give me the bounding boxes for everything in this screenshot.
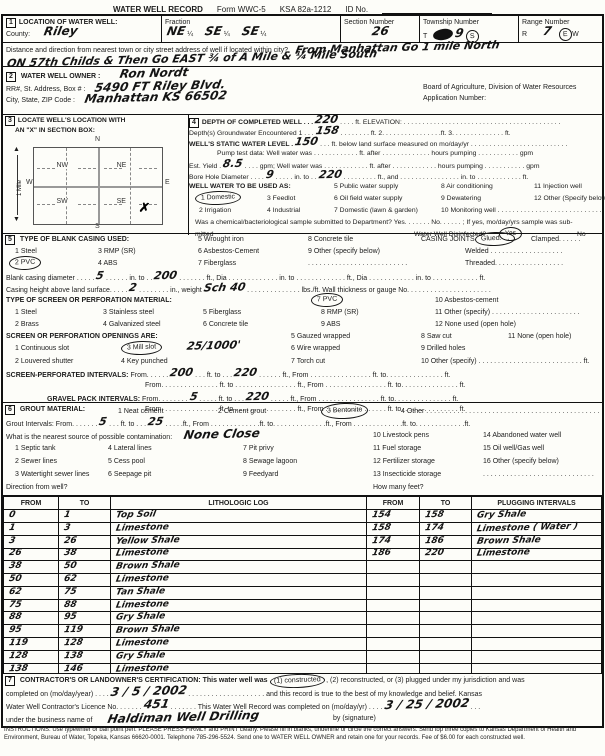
openings-torch-cut: 7 Torch cut xyxy=(291,356,325,367)
grout-to-value: 25 xyxy=(147,416,164,427)
screen-galvanized: 4 Galvanized steel xyxy=(103,319,161,330)
use-industrial: 4 Industrial xyxy=(267,205,300,216)
static-level-label: WELL'S STATIC WATER LEVEL . xyxy=(189,141,293,148)
log-to: 95 xyxy=(63,612,77,622)
spi-from-dots: From. . . . . . xyxy=(130,372,168,379)
log-to: 38 xyxy=(63,548,77,558)
screen-rmp: 8 RMP (SR) xyxy=(321,307,359,318)
gpi-end-dots: . . . . . ft., From . . . . . . . . . . … xyxy=(271,396,458,403)
log-lith: Yellow Shale xyxy=(115,535,181,547)
board-of-agriculture-text: Board of Agriculture, Division of Water … xyxy=(423,82,576,93)
log-header-from: FROM xyxy=(4,497,59,510)
range-e-circled: E xyxy=(559,28,572,41)
log-header-row: FROM TO LITHOLOGIC LOG FROM TO PLUGGING … xyxy=(4,497,602,510)
casing-title: TYPE OF BLANK CASING USED: xyxy=(20,236,129,243)
contam-septic-tank: 1 Septic tank xyxy=(15,443,55,454)
screen-concrete-tile: 6 Concrete tile xyxy=(203,319,248,330)
well-location-x-mark: ✗ xyxy=(138,199,151,216)
sw-dash-right xyxy=(78,204,96,205)
log-lith: Limestone xyxy=(115,637,170,648)
use-injection-well: 11 Injection well xyxy=(534,181,582,192)
section-5-number: 5 xyxy=(5,235,15,245)
log-header-to-2: TO xyxy=(420,497,472,510)
log-to: 119 xyxy=(63,625,84,635)
log-header-to: TO xyxy=(59,497,111,510)
openings-mill-slot-circled: 3 Mill slot xyxy=(121,340,163,355)
contam-fertilizer-storage: 12 Fertilizer storage xyxy=(373,456,435,467)
ne-dash-right xyxy=(139,168,157,169)
gpi-from-dots: From. . . . . . . . xyxy=(142,396,188,403)
instructions-line-1: INSTRUCTIONS: Use typewriter or ball poi… xyxy=(4,726,601,734)
id-label: ID No. xyxy=(345,5,368,14)
lithologic-log-section: FROM TO LITHOLOGIC LOG FROM TO PLUGGING … xyxy=(3,496,602,674)
log-from: 119 xyxy=(8,638,29,648)
contam-other: 16 Other (specify below) xyxy=(483,456,559,467)
business-name-value: Haldiman Well Drilling xyxy=(107,710,261,725)
log-lith: Tan Shale xyxy=(115,586,166,597)
use-other: 12 Other (Specify below) xyxy=(534,193,605,204)
use-oil-field: 6 Oil field water supply xyxy=(334,193,402,204)
application-number-label: Application Number: xyxy=(423,93,486,104)
quadrant-sw-label: SW xyxy=(54,198,69,205)
joints-clamped: Clamped. . . . . . xyxy=(531,234,580,245)
groundwater-dots: . . . . . . . . ft. 2. . . . . . . . . .… xyxy=(341,130,511,137)
est-yield-value: 8.5 xyxy=(222,158,244,170)
openings-none: 11 None (open hole) xyxy=(508,331,571,342)
screen-steel: 1 Steel xyxy=(15,307,37,318)
log-lith: Limestone xyxy=(115,599,170,610)
log-row: 6275Tan Shale xyxy=(4,586,602,599)
spi-empty-row: From. . . . . . . . . . . . . . . ft. to… xyxy=(145,382,466,389)
use-irrigation: 2 Irrigation xyxy=(199,205,231,216)
contamination-value: None Close xyxy=(183,428,261,441)
quarter-symbol-1: ¼ xyxy=(187,31,193,38)
log-header-plugging: PLUGGING INTERVALS xyxy=(472,497,602,510)
screen-asbestos-cement: 10 Asbestos-cement xyxy=(435,295,498,306)
form-body: 1LOCATION OF WATER WELL: County:Riley Fr… xyxy=(1,14,604,728)
contam-livestock-pens: 10 Livestock pens xyxy=(373,430,429,441)
section-4-depth-panel: 4DEPTH OF COMPLETED WELL . . .220. . . .… xyxy=(189,115,602,233)
use-monitoring-well: 10 Monitoring well . . . . . . . . . . .… xyxy=(441,205,602,216)
licence-label: Water Well Contractor's Licence No. . . … xyxy=(6,704,142,711)
use-dewatering: 9 Dewatering xyxy=(441,193,481,204)
static-level-dots: . . . ft. below land surface measured on… xyxy=(320,141,567,148)
contam-watertight-sewer: 3 Watertight sewer lines xyxy=(15,469,89,480)
openings-gauzed: 5 Gauzed wrapped xyxy=(291,331,350,342)
openings-wire-wrapped: 6 Wire wrapped xyxy=(291,343,340,354)
compass-n-label: N xyxy=(93,136,102,143)
log-lith: Brown Shale xyxy=(115,560,181,572)
casing-fiberglass: 7 Fiberglass xyxy=(198,258,236,269)
log-to: 128 xyxy=(63,638,84,648)
certification-title: CONTRACTOR'S OR LANDOWNER'S CERTIFICATIO… xyxy=(20,677,268,684)
use-public-supply: 5 Public water supply xyxy=(334,181,398,192)
nw-dash-right xyxy=(78,168,96,169)
log-header-lithologic: LITHOLOGIC LOG xyxy=(111,497,367,510)
fraction-cell: Fraction NE¼ SE¼ SE¼ xyxy=(162,16,341,42)
grid-dashed-line-left xyxy=(66,148,67,224)
screen-brass: 2 Brass xyxy=(15,319,39,330)
quadrant-nw-label: NW xyxy=(54,162,70,169)
one-mile-scale: ▲ 1 Mile ▼ xyxy=(13,149,23,221)
contam-oil-gas-well: 15 Oil well/Gas well xyxy=(483,443,544,454)
grid-horizontal-center-line xyxy=(34,186,162,188)
address-label: RR#, St. Address, Box # : xyxy=(6,86,85,93)
log-to: 26 xyxy=(63,535,77,545)
location-header-row: 1LOCATION OF WATER WELL: County:Riley Fr… xyxy=(3,16,602,43)
log-to2: 186 xyxy=(424,535,445,545)
gpi-from-value: 5 xyxy=(189,391,199,402)
log-from: 26 xyxy=(8,548,22,558)
est-yield-dots: . . . . gpm; Well water was . . . . . . … xyxy=(245,163,540,170)
township-label: Township Number xyxy=(423,19,479,26)
log-lith: Brown Shale xyxy=(115,624,181,636)
locate-title-2: AN "X" IN SECTION BOX: xyxy=(15,127,95,134)
contam-seepage-pit: 6 Seepage pit xyxy=(108,469,151,480)
county-label: County: xyxy=(6,31,30,38)
section-2-number: 2 xyxy=(6,72,16,82)
contam-feedyard: 9 Feedyard xyxy=(243,469,278,480)
slot-size-value: 25/1000' xyxy=(186,339,242,351)
use-domestic-lawn: 7 Domestic (lawn & garden) xyxy=(334,205,418,216)
section-grid-box: NW NE SW SE ✗ xyxy=(33,147,163,225)
openings-saw-cut: 8 Saw cut xyxy=(421,331,452,342)
spi-end-dots: . . . . . . ft., From . . . . . . . . . … xyxy=(259,372,450,379)
log-lith: Gry Shale xyxy=(115,650,166,661)
log-to: 138 xyxy=(63,651,84,661)
log-row: 2638Limestone186220Limestone xyxy=(4,548,602,561)
log-to: 50 xyxy=(63,561,77,571)
log-row: 8895Gry Shale xyxy=(4,612,602,625)
use-feedlot: 3 Feedlot xyxy=(267,193,295,204)
use-label: WELL WATER TO BE USED AS: xyxy=(189,183,291,190)
log-lith: Limestone xyxy=(115,573,170,584)
static-level-value: 150 xyxy=(294,136,319,148)
screen-pvc-circled: 7 PVC xyxy=(311,293,344,308)
form-number: Form WWC-5 xyxy=(217,5,266,14)
grid-dashed-line-right xyxy=(130,148,131,224)
completed-on-label: completed on (mo/day/year) . . . . xyxy=(6,691,109,698)
casing-weight-label: . . . . . . . . in., weight xyxy=(139,287,202,294)
log-row: 13Limestone158174Limestone ( Water ) xyxy=(4,522,602,535)
form-title: WATER WELL RECORD xyxy=(113,5,203,14)
section-3-locate-box: 3LOCATE WELL'S LOCATION WITH AN "X" IN S… xyxy=(3,115,189,235)
casing-abs: 4 ABS xyxy=(98,258,117,269)
screen-material-title: TYPE OF SCREEN OR PERFORATION MATERIAL: xyxy=(6,297,172,304)
log-to: 3 xyxy=(63,523,71,533)
section-1-location: 1LOCATION OF WATER WELL: County:Riley Fr… xyxy=(3,16,602,67)
use-domestic-circled: 1 Domestic xyxy=(195,190,241,206)
grout-title: GROUT MATERIAL: xyxy=(20,406,85,413)
contam-other-dots: . . . . . . . . . . . . . . . . . . . . … xyxy=(483,469,594,480)
grout-mid-dots: . . . ft. to . . . xyxy=(109,421,146,428)
screen-fiberglass: 5 Fiberglass xyxy=(203,307,241,318)
log-lith2: Limestone ( Water ) xyxy=(476,521,579,534)
form-title-bar: WATER WELL RECORD Form WWC-5 KSA 82a-121… xyxy=(0,0,605,14)
contam-pit-privy: 7 Pit privy xyxy=(243,443,274,454)
contam-sewer-lines: 2 Sewer lines xyxy=(15,456,57,467)
casing-height-label: Casing height above land surface. . . . … xyxy=(6,287,127,294)
record-completed-date-value: 3 / 25 / 2002 xyxy=(383,698,469,711)
quarter-symbol-3: ¼ xyxy=(261,31,267,38)
joints-glued-circled: Glued. . . xyxy=(475,231,516,246)
business-name-label: under the business name of xyxy=(6,717,92,724)
log-from: 95 xyxy=(8,625,22,635)
log-row: 01Top Soil154158Gry Shale xyxy=(4,510,602,523)
log-from: 138 xyxy=(8,663,29,673)
log-from: 0 xyxy=(8,510,16,520)
quarter-symbol-2: ¼ xyxy=(224,31,230,38)
section-number-value: 26 xyxy=(371,26,390,37)
log-row: 128138Gry Shale xyxy=(4,650,602,663)
section-7-certification: 7 CONTRACTOR'S OR LANDOWNER'S CERTIFICAT… xyxy=(3,674,602,726)
log-from: 128 xyxy=(8,651,29,661)
section-5-casing: 5 TYPE OF BLANK CASING USED: 5 Wrought i… xyxy=(3,234,602,403)
log-from: 3 xyxy=(8,536,16,546)
screen-stainless: 3 Stainless steel xyxy=(103,307,154,318)
log-to2: 158 xyxy=(424,510,445,520)
casing-height-value: 2 xyxy=(128,282,138,293)
range-value: 7 xyxy=(542,26,552,37)
section-7-number: 7 xyxy=(5,676,15,686)
range-w-label: W xyxy=(572,31,579,38)
screen-abs: 9 ABS xyxy=(321,319,340,330)
log-from: 38 xyxy=(8,561,22,571)
casing-other-dots: . . . . . . . . . . . . . . . . . . . . … xyxy=(308,258,407,269)
township-value: 9 xyxy=(454,28,464,39)
section-2-owner: 2 WATER WELL OWNER : Ron Nordt RR#, St. … xyxy=(3,67,602,115)
contam-abandoned-well: 14 Abandoned water well xyxy=(483,430,561,441)
openings-other: 10 Other (specify) . . . . . . . . . . .… xyxy=(421,356,589,367)
section-3-4-row: 3LOCATE WELL'S LOCATION WITH AN "X" IN S… xyxy=(3,115,602,234)
casing-concrete-tile: 8 Concrete tile xyxy=(308,234,353,245)
log-to: 62 xyxy=(63,574,77,584)
how-many-feet-label: How many feet? xyxy=(373,482,424,493)
log-to2: 220 xyxy=(424,548,445,558)
log-row: 326Yellow Shale174186Brown Shale xyxy=(4,535,602,548)
casing-weight-value: Sch 40 xyxy=(203,282,247,294)
section-6-number: 6 xyxy=(5,405,15,415)
gpi-mid-dots: . . . . . ft. to . . . xyxy=(199,396,244,403)
log-lith: Limestone xyxy=(115,663,170,674)
se-dash-left xyxy=(104,204,122,205)
log-to: 1 xyxy=(63,510,71,520)
log-row: 95119Brown Shale xyxy=(4,625,602,638)
contam-sewage-lagoon: 8 Sewage lagoon xyxy=(243,456,297,467)
log-to: 88 xyxy=(63,599,77,609)
nw-dash-left xyxy=(37,168,55,169)
log-row: 7588Limestone xyxy=(4,599,602,612)
water-well-record-form: WATER WELL RECORD Form WWC-5 KSA 82a-121… xyxy=(0,0,605,756)
licence-number-value: 451 xyxy=(142,699,169,711)
certification-rest: , (2) reconstructed, or (3) plugged unde… xyxy=(326,677,524,684)
log-to: 146 xyxy=(63,663,84,673)
log-lith: Limestone xyxy=(115,522,170,533)
completed-date-value: 3 / 5 / 2002 xyxy=(109,685,187,698)
by-signature-label: by (signature) xyxy=(333,713,376,724)
section-number-cell: Section Number 26 xyxy=(341,16,420,42)
range-r-label: R xyxy=(522,31,527,38)
fraction-1-value: NE xyxy=(166,26,186,37)
log-header-from-2: FROM xyxy=(367,497,420,510)
log-row: 5062Limestone xyxy=(4,574,602,587)
bore-depth-value: 220 xyxy=(318,169,343,181)
bore-end-dots: . . . . . . . . . ft., and . . . . . . .… xyxy=(344,174,529,181)
casing-wrought-iron: 5 Wrought iron xyxy=(198,234,244,245)
casing-depth-value: 200 xyxy=(153,270,178,282)
locate-title-1: LOCATE WELL'S LOCATION WITH xyxy=(18,117,126,124)
log-lith2: Limestone xyxy=(476,548,531,559)
grout-intervals-label: Grout Intervals: From. . . . . . . xyxy=(6,421,97,428)
log-lith: Top Soil xyxy=(115,509,157,520)
scale-arrow-up-icon: ▲ xyxy=(13,147,20,153)
log-row: 138146Limestone xyxy=(4,663,602,674)
scale-arrow-down-icon: ▼ xyxy=(13,217,20,223)
ne-dash-left xyxy=(104,168,122,169)
openings-louvered: 2 Louvered shutter xyxy=(15,356,73,367)
gpi-to-value: 220 xyxy=(245,391,270,403)
sw-dash-left xyxy=(37,204,55,205)
fraction-3-value: SE xyxy=(241,26,260,37)
openings-drilled-holes: 9 Drilled holes xyxy=(421,343,465,354)
joints-threaded: Threaded. . . . . . . . . . . . . . . . … xyxy=(465,258,563,269)
record-completed-dots: . . . xyxy=(470,704,480,711)
compass-e-label: E xyxy=(163,179,172,186)
contamination-label: What is the nearest source of possible c… xyxy=(6,434,172,441)
log-from: 62 xyxy=(8,587,22,597)
contam-lateral-lines: 4 Lateral lines xyxy=(108,443,152,454)
log-from2: 154 xyxy=(371,510,392,520)
township-t-label: T xyxy=(423,33,427,40)
spi-mid-dots: . . . ft. to . . . xyxy=(195,372,232,379)
log-from2: 158 xyxy=(371,523,392,533)
screen-intervals-label: SCREEN-PERFORATED INTERVALS: xyxy=(6,372,129,379)
id-blank-line xyxy=(382,4,492,14)
log-from2: 186 xyxy=(371,548,392,558)
county-value: Riley xyxy=(43,26,79,38)
bore-diameter-value: 9 xyxy=(265,169,275,180)
est-yield-label: Est. Yield . xyxy=(189,163,221,170)
gravel-pack-label: GRAVEL PACK INTERVALS: xyxy=(47,396,140,403)
log-from2: 174 xyxy=(371,535,392,545)
contam-fuel-storage: 11 Fuel storage xyxy=(373,443,421,454)
log-lith2: Gry Shale xyxy=(476,509,527,520)
openings-continuous-slot: 1 Continuous slot xyxy=(15,343,69,354)
use-air-conditioning: 8 Air conditioning xyxy=(441,181,493,192)
township-cell: Township Number T9S xyxy=(420,16,519,42)
casing-joints-label: CASING JOINTS xyxy=(421,234,475,245)
log-from: 1 xyxy=(8,523,16,533)
spi-to-value: 220 xyxy=(233,367,258,379)
direction-from-well-label: Direction from well? xyxy=(6,484,67,491)
grout-from-value: 5 xyxy=(98,416,108,427)
log-lith: Gry Shale xyxy=(115,612,166,623)
log-lith2: Brown Shale xyxy=(476,535,542,547)
log-to: 75 xyxy=(63,587,77,597)
depth-elevation-dots: . . . . ft. ELEVATION: . . . . . . . . .… xyxy=(340,119,560,126)
log-to2: 174 xyxy=(424,523,445,533)
bore-diameter-label: Bore Hole Diameter . . . . xyxy=(189,174,264,181)
screen-other: 11 Other (specify) . . . . . . . . . . .… xyxy=(435,307,580,318)
instructions-line-2: Environment, Bureau of Water, Topeka, Ka… xyxy=(4,734,601,742)
sample-submitted-line: Was a chemical/bacteriological sample su… xyxy=(195,219,573,226)
casing-other: 9 Other (specify below) xyxy=(308,246,380,257)
casing-height-end-dots: . . . . . . . . . . . . . . lbs./ft. Wal… xyxy=(247,287,491,294)
log-from: 88 xyxy=(8,612,22,622)
contam-insecticide-storage: 13 Insecticide storage xyxy=(373,469,441,480)
log-from: 75 xyxy=(8,599,22,609)
county-cell: 1LOCATION OF WATER WELL: County:Riley xyxy=(3,16,162,42)
log-lith: Limestone xyxy=(115,548,170,559)
casing-rmp: 3 RMP (SR) xyxy=(98,246,136,257)
fraction-2-value: SE xyxy=(204,26,223,37)
openings-key-punched: 4 Key punched xyxy=(121,356,168,367)
casing-pvc-circled: 2 PVC xyxy=(9,256,42,271)
bore-to-dots: . . . . . in. to . . xyxy=(275,174,316,181)
log-from: 50 xyxy=(8,574,22,584)
city-state-zip-value: Manhattan KS 66502 xyxy=(84,90,228,105)
casing-diameter-value: 5 xyxy=(95,270,105,281)
lithologic-log-table: FROM TO LITHOLOGIC LOG FROM TO PLUGGING … xyxy=(3,496,602,674)
footer-instructions: INSTRUCTIONS: Use typewriter or ball poi… xyxy=(4,726,601,742)
city-state-zip-label: City, State, ZIP Code : xyxy=(6,97,75,104)
screen-none-used: 12 None used (open hole) xyxy=(435,319,516,330)
section-6-grout: 6 GROUT MATERIAL: 1 Neat cement 2 Cement… xyxy=(3,403,602,496)
log-row: 119128Limestone xyxy=(4,638,602,651)
one-mile-label: 1 Mile xyxy=(17,180,23,196)
owner-section-title: WATER WELL OWNER : xyxy=(21,73,100,80)
joints-welded: Welded . . . . . . . . . . . . . . . . .… xyxy=(465,246,563,257)
casing-diameter-label: Blank casing diameter . . . . . xyxy=(6,275,94,282)
casing-asbestos-cement: 6 Asbestos-Cement xyxy=(198,246,259,257)
spi-from-value: 200 xyxy=(169,367,194,379)
pump-test-line: Pump test data: Well water was . . . . .… xyxy=(217,150,533,157)
depth-completed-label: DEPTH OF COMPLETED WELL . . . xyxy=(202,119,313,126)
range-cell: Range Number R7EW xyxy=(519,16,602,42)
openings-title: SCREEN OR PERFORATION OPENINGS ARE: xyxy=(6,333,158,340)
contam-cess-pool: 5 Cess pool xyxy=(108,456,145,467)
statute-number: KSA 82a-1212 xyxy=(280,5,332,14)
log-row: 3850Brown Shale xyxy=(4,561,602,574)
